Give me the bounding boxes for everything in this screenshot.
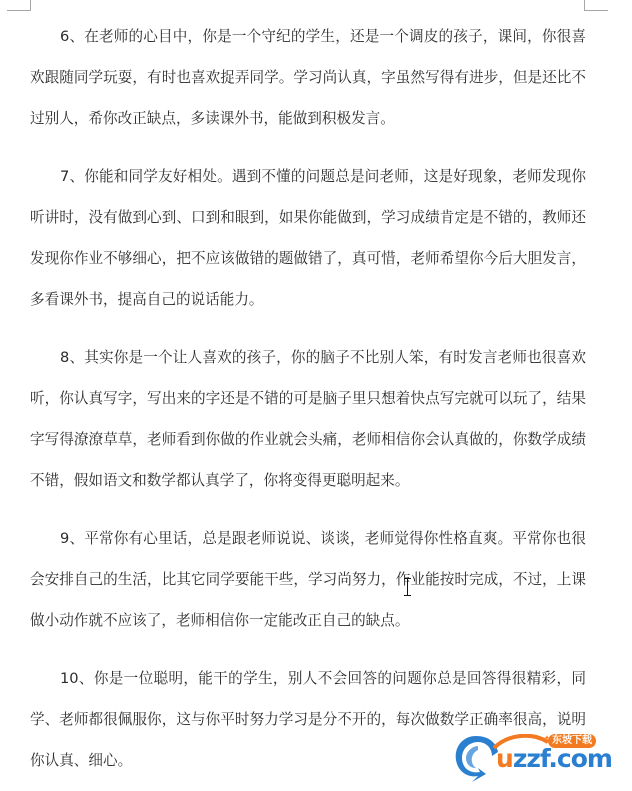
- document-page[interactable]: 6、在老师的心目中，你是一个守纪的学生，还是一个调皮的孩子，课间，你很喜欢跟随同…: [30, 16, 586, 791]
- paragraph-7: 7、你能和同学友好相处。遇到不懂的问题总是问老师，这是好现象，老师发现你听讲时，…: [30, 156, 586, 320]
- paragraph-8: 8、其实你是一个让人喜欢的孩子，你的脑子不比别人笨，有时发言老师也很喜欢听，你认…: [30, 337, 586, 501]
- page-corner-mark-left: [7, 0, 31, 11]
- watermark-logo-text: uzzf.com: [496, 744, 612, 774]
- page-corner-mark-right: [584, 0, 608, 11]
- paragraph-6: 6、在老师的心目中，你是一个守纪的学生，还是一个调皮的孩子，课间，你很喜欢跟随同…: [30, 16, 586, 139]
- text-cursor-ibeam-icon: [403, 578, 412, 596]
- paragraph-9: 9、平常你有心里话，总是跟老师说说、谈谈，老师觉得你性格直爽。平常你也很会安排自…: [30, 518, 586, 641]
- uzzf-watermark-logo: ✦ 东坡下载 uzzf.com: [452, 732, 624, 782]
